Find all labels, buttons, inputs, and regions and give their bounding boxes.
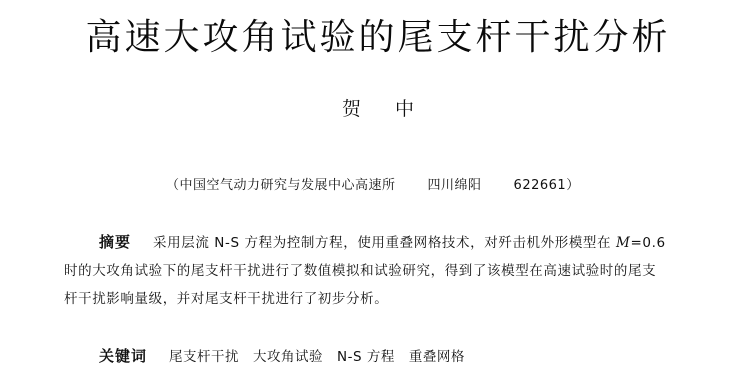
author-surname: 贺 xyxy=(342,98,361,120)
author-name: 贺中 xyxy=(0,96,756,122)
keywords-label: 关键词 xyxy=(99,347,147,365)
abstract-line-2: 时的大攻角试验下的尾支杆干扰进行了数值模拟和试验研究，得到了该模型在高速试验时的… xyxy=(64,261,656,281)
affiliation-close-paren: ） xyxy=(566,178,580,193)
author-affiliation: （中国空气动力研究与发展中心高速所四川绵阳622661） xyxy=(166,176,580,196)
keyword-item: 重叠网格 xyxy=(409,347,465,367)
keyword-item: 大攻角试验 xyxy=(253,347,323,367)
abstract-label: 摘要 xyxy=(99,233,131,251)
abstract-text-1a: 采用层流 N-S 方程为控制方程，使用重叠网格技术，对歼击机外形模型在 xyxy=(153,235,616,251)
abstract-line-1: 摘要采用层流 N-S 方程为控制方程，使用重叠网格技术，对歼击机外形模型在 M=… xyxy=(99,232,666,253)
mach-symbol: M xyxy=(616,235,630,251)
keyword-item: 尾支杆干扰 xyxy=(169,347,239,367)
abstract-line-3: 杆干扰影响量级，并对尾支杆干扰进行了初步分析。 xyxy=(64,289,388,309)
affiliation-institution: 中国空气动力研究与发展中心高速所 xyxy=(180,178,396,193)
affiliation-location: 四川绵阳 xyxy=(428,178,482,193)
abstract-text-1b: =0.6 xyxy=(630,235,665,251)
affiliation-open-paren: （ xyxy=(166,178,180,193)
affiliation-postcode: 622661 xyxy=(514,178,567,193)
keywords-line: 关键词尾支杆干扰大攻角试验N-S 方程重叠网格 xyxy=(99,346,479,367)
paper-title: 高速大攻角试验的尾支杆干扰分析 xyxy=(0,16,756,60)
keyword-item: N-S 方程 xyxy=(337,347,395,367)
author-given-name: 中 xyxy=(395,98,414,120)
